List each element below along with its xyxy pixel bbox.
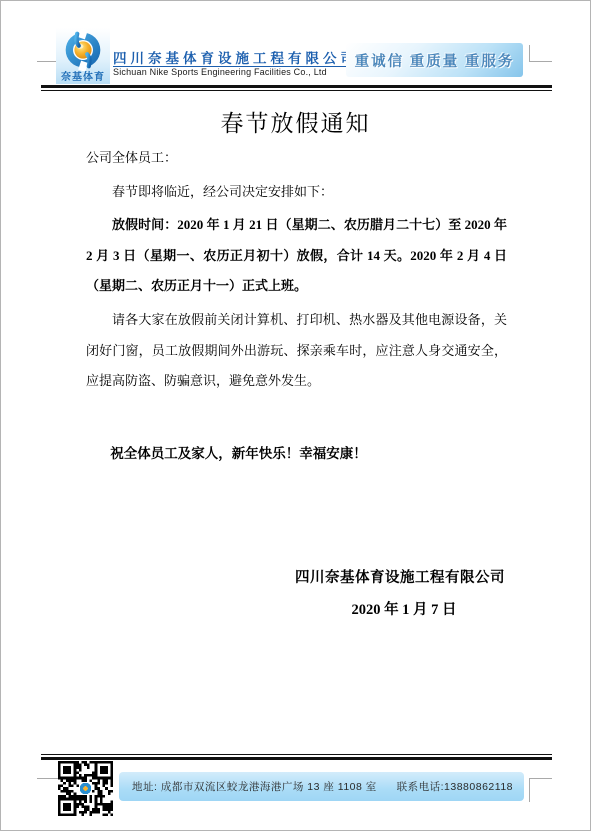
safety-notice-paragraph: 请各大家在放假前关闭计算机、打印机、热水器及其他电源设备，关闭好门窗，员工放假期… bbox=[86, 305, 507, 397]
margin-crop-mark-bottom-right bbox=[529, 778, 552, 802]
footer-divider bbox=[41, 754, 552, 760]
company-slogan-banner: 重诚信 重质量 重服务 bbox=[346, 43, 523, 77]
company-name-english: Sichuan Nike Sports Engineering Faciliti… bbox=[113, 67, 327, 77]
signature-date: 2020 年 1 月 7 日 bbox=[303, 598, 505, 619]
blessing-line: 祝全体员工及家人，新年快乐！幸福安康！ bbox=[86, 444, 507, 464]
salutation-line: 公司全体员工： bbox=[86, 148, 507, 168]
company-logo-icon bbox=[62, 29, 104, 71]
qr-code bbox=[58, 761, 113, 816]
logo-wordmark: 奈基体育 bbox=[56, 68, 110, 83]
notice-title: 春节放假通知 bbox=[1, 105, 590, 138]
margin-crop-mark-top-right bbox=[529, 45, 552, 62]
company-logo: 奈基体育 bbox=[56, 28, 110, 84]
holiday-schedule-paragraph: 放假时间：2020 年 1 月 21 日（星期二、农历腊月二十七）至 2020 … bbox=[86, 210, 507, 302]
company-name-chinese: 四川奈基体育设施工程有限公司 bbox=[113, 47, 358, 67]
document-page: 奈基体育 四川奈基体育设施工程有限公司 Sichuan Nike Sports … bbox=[0, 0, 591, 831]
intro-paragraph: 春节即将临近，经公司决定安排如下： bbox=[86, 182, 507, 202]
signature-company-name: 四川奈基体育设施工程有限公司 bbox=[295, 566, 505, 587]
margin-crop-mark-bottom-left bbox=[37, 778, 60, 802]
footer-address: 地址: 成都市双流区蛟龙港海港广场 13 座 1108 室 bbox=[132, 779, 377, 794]
footer-phone: 联系电话:13880862118 bbox=[397, 779, 513, 794]
footer-contact-bar: 地址: 成都市双流区蛟龙港海港广场 13 座 1108 室 联系电话:13880… bbox=[119, 772, 524, 801]
header-divider bbox=[41, 85, 552, 91]
